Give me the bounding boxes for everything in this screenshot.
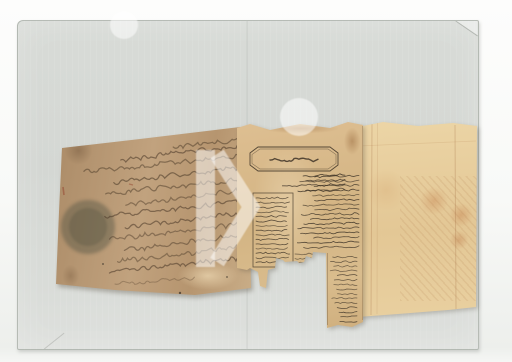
handwriting-and-seal-art: [55, 127, 251, 296]
blank-leaf-fragment: [358, 121, 478, 317]
fragment-right-wrap: [358, 121, 478, 317]
handwritten-manuscript-fragment: [55, 127, 251, 296]
blank-leaf-fold-lines: [358, 121, 478, 317]
sleeve-bottom-left-crease: [44, 333, 64, 349]
fragment-middle-wrap: [237, 120, 365, 332]
printed-text-art: [237, 120, 365, 332]
photo-frame: [0, 0, 512, 362]
fragment-left-wrap: [55, 127, 251, 296]
printed-page-fragment: [237, 120, 365, 332]
